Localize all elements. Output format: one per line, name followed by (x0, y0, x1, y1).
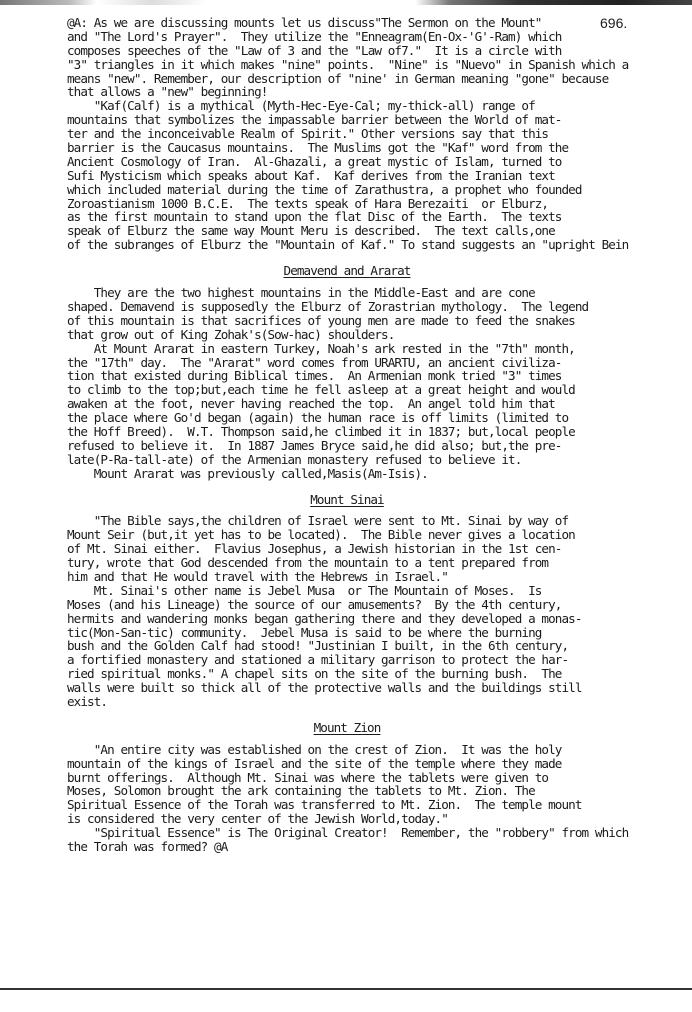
text-line: "An entire city was established on the c… (67, 743, 692, 757)
heading-mount-sinai: Mount Sinai (67, 493, 627, 507)
document-page: 696. @A: As we are discussing mounts let… (0, 0, 692, 1012)
typed-body: @A: As we are discussing mounts let us d… (67, 16, 692, 854)
text-line: Ancient Cosmology of Iran. Al-Ghazali, a… (67, 155, 692, 169)
text-line: They are the two highest mountains in th… (67, 286, 692, 300)
text-line: ried spiritual monks." A chapel sits on … (67, 667, 692, 681)
text-line: is considered the very center of the Jew… (67, 812, 692, 826)
text-line: Sufi Mysticism which speaks about Kaf. K… (67, 169, 692, 183)
text-line: shaped. Demavend is supposedly the Elbur… (67, 300, 692, 314)
text-line: ter and the inconceivable Realm of Spiri… (67, 127, 692, 141)
text-line: Mt. Sinai's other name is Jebel Musa or … (67, 584, 692, 598)
text-line: and "The Lord's Prayer". They utilize th… (67, 30, 692, 44)
text-line: refused to believe it. In 1887 James Bry… (67, 439, 692, 453)
text-line: him and that He would travel with the He… (67, 570, 692, 584)
text-line: "Kaf(Calf) is a mythical (Myth-Hec-Eye-C… (67, 99, 692, 113)
text-line: barrier is the Caucasus mountains. The M… (67, 141, 692, 155)
text-line: Zoroastianism 1000 B.C.E. The texts spea… (67, 197, 692, 211)
mount-sinai-section: "The Bible says,the children of Israel w… (67, 514, 692, 708)
text-line: as the first mountain to stand upon the … (67, 210, 692, 224)
text-line: the place where Go'd began (again) the h… (67, 411, 692, 425)
text-line: the "17th" day. The "Ararat" word comes … (67, 356, 692, 370)
heading-demavend-ararat: Demavend and Ararat (67, 264, 627, 278)
demavend-ararat-section: They are the two highest mountains in th… (67, 286, 692, 480)
text-line: @A: As we are discussing mounts let us d… (67, 16, 692, 30)
text-line: exist. (67, 695, 692, 709)
intro-section: @A: As we are discussing mounts let us d… (67, 16, 692, 252)
text-line: awaken at the foot, never having reached… (67, 397, 692, 411)
text-line: mountains that symbolizes the impassable… (67, 113, 692, 127)
text-line: mountain of the kings of Israel and the … (67, 757, 692, 771)
text-line: At Mount Ararat in eastern Turkey, Noah'… (67, 342, 692, 356)
text-line: of Mt. Sinai either. Flavius Josephus, a… (67, 542, 692, 556)
text-line: which included material during the time … (67, 183, 692, 197)
text-line: Spiritual Essence of the Torah was trans… (67, 798, 692, 812)
text-line: walls were built so thick all of the pro… (67, 681, 692, 695)
heading-mount-zion: Mount Zion (67, 721, 627, 735)
text-line: Mount Seir (but,it yet has to be located… (67, 528, 692, 542)
text-line: means "new". Remember, our description o… (67, 72, 692, 86)
text-line: tury, wrote that God descended from the … (67, 556, 692, 570)
text-line: bush and the Golden Calf had stood! "Jus… (67, 639, 692, 653)
text-line: Moses, Solomon brought the ark containin… (67, 784, 692, 798)
text-line: burnt offerings. Although Mt. Sinai was … (67, 771, 692, 785)
text-line: speak of Elburz the same way Mount Meru … (67, 224, 692, 238)
text-line: hermits and wandering monks began gather… (67, 612, 692, 626)
mount-zion-section: "An entire city was established on the c… (67, 743, 692, 854)
text-line: composes speeches of the "Law of 3 and t… (67, 44, 692, 58)
text-line: tion that existed during Biblical times.… (67, 369, 692, 383)
text-line: the Torah was formed? @A (67, 840, 692, 854)
text-line: a fortified monastery and stationed a mi… (67, 653, 692, 667)
text-line: the Hoff Breed). W.T. Thompson said,he c… (67, 425, 692, 439)
text-line: that allows a "new" beginning! (67, 85, 692, 99)
text-line: of this mountain is that sacrifices of y… (67, 314, 692, 328)
text-line: Moses (and his Lineage) the source of ou… (67, 598, 692, 612)
bottom-rule (0, 988, 692, 990)
scan-edge-artifact (0, 0, 692, 5)
text-line: "Spiritual Essence" is The Original Crea… (67, 826, 692, 840)
text-line: of the subranges of Elburz the "Mountain… (67, 238, 692, 252)
text-line: that grow out of King Zohak's(Sow-hac) s… (67, 328, 692, 342)
text-line: "3" triangles in it which makes "nine" p… (67, 58, 692, 72)
text-line: tic(Mon-San-tic) community. Jebel Musa i… (67, 626, 692, 640)
text-line: to climb to the top;but,each time he fel… (67, 383, 692, 397)
text-line: late(P-Ra-tall-ate) of the Armenian mona… (67, 453, 692, 467)
text-line: "The Bible says,the children of Israel w… (67, 514, 692, 528)
text-line: Mount Ararat was previously called,Masis… (67, 467, 692, 481)
